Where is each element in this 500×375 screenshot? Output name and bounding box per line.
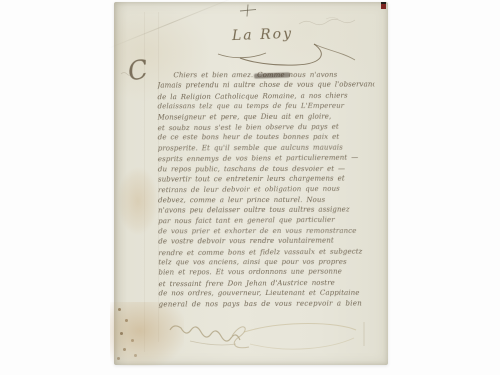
marginal-mark: [120, 62, 136, 81]
manuscript-line: de vostre debvoir vous rendre voluntaire…: [158, 236, 375, 248]
signature-showthrough: [132, 314, 376, 368]
manuscript-line: de ce este bons heur de toutes bonnes pa…: [158, 132, 375, 143]
manuscript-line: du repos public, taschans de tous desvoi…: [158, 163, 375, 174]
red-corner-mark: [381, 2, 386, 9]
photo-background: La Roy C Chiers et bien amez. Comme nous…: [0, 0, 500, 375]
manuscript-line: debvez, comme a leur prince naturel. Nou…: [158, 194, 375, 205]
manuscript-line: de vous prier et exhorter de en vous rem…: [158, 226, 375, 237]
manuscript-line: de nos ordres, gouverneur, Lieutenant et…: [159, 288, 376, 299]
manuscript-line: general de nos pays bas de vous recepvoi…: [159, 298, 376, 310]
manuscript-line: delaissans telz que au temps de feu L'Em…: [158, 101, 375, 112]
manuscript-sheet: La Roy C Chiers et bien amez. Comme nous…: [114, 2, 388, 365]
ink-stain-left-margin: [112, 158, 164, 244]
letter-body: Chiers et bien amez. Comme nous n'avons …: [157, 69, 375, 309]
manuscript-line: telz que vos anciens, ainsi que pour vos…: [158, 257, 375, 268]
manuscript-line: Jamais pretendu ni aultre chose de vous …: [157, 80, 374, 92]
cross-mark-icon: [238, 3, 258, 22]
